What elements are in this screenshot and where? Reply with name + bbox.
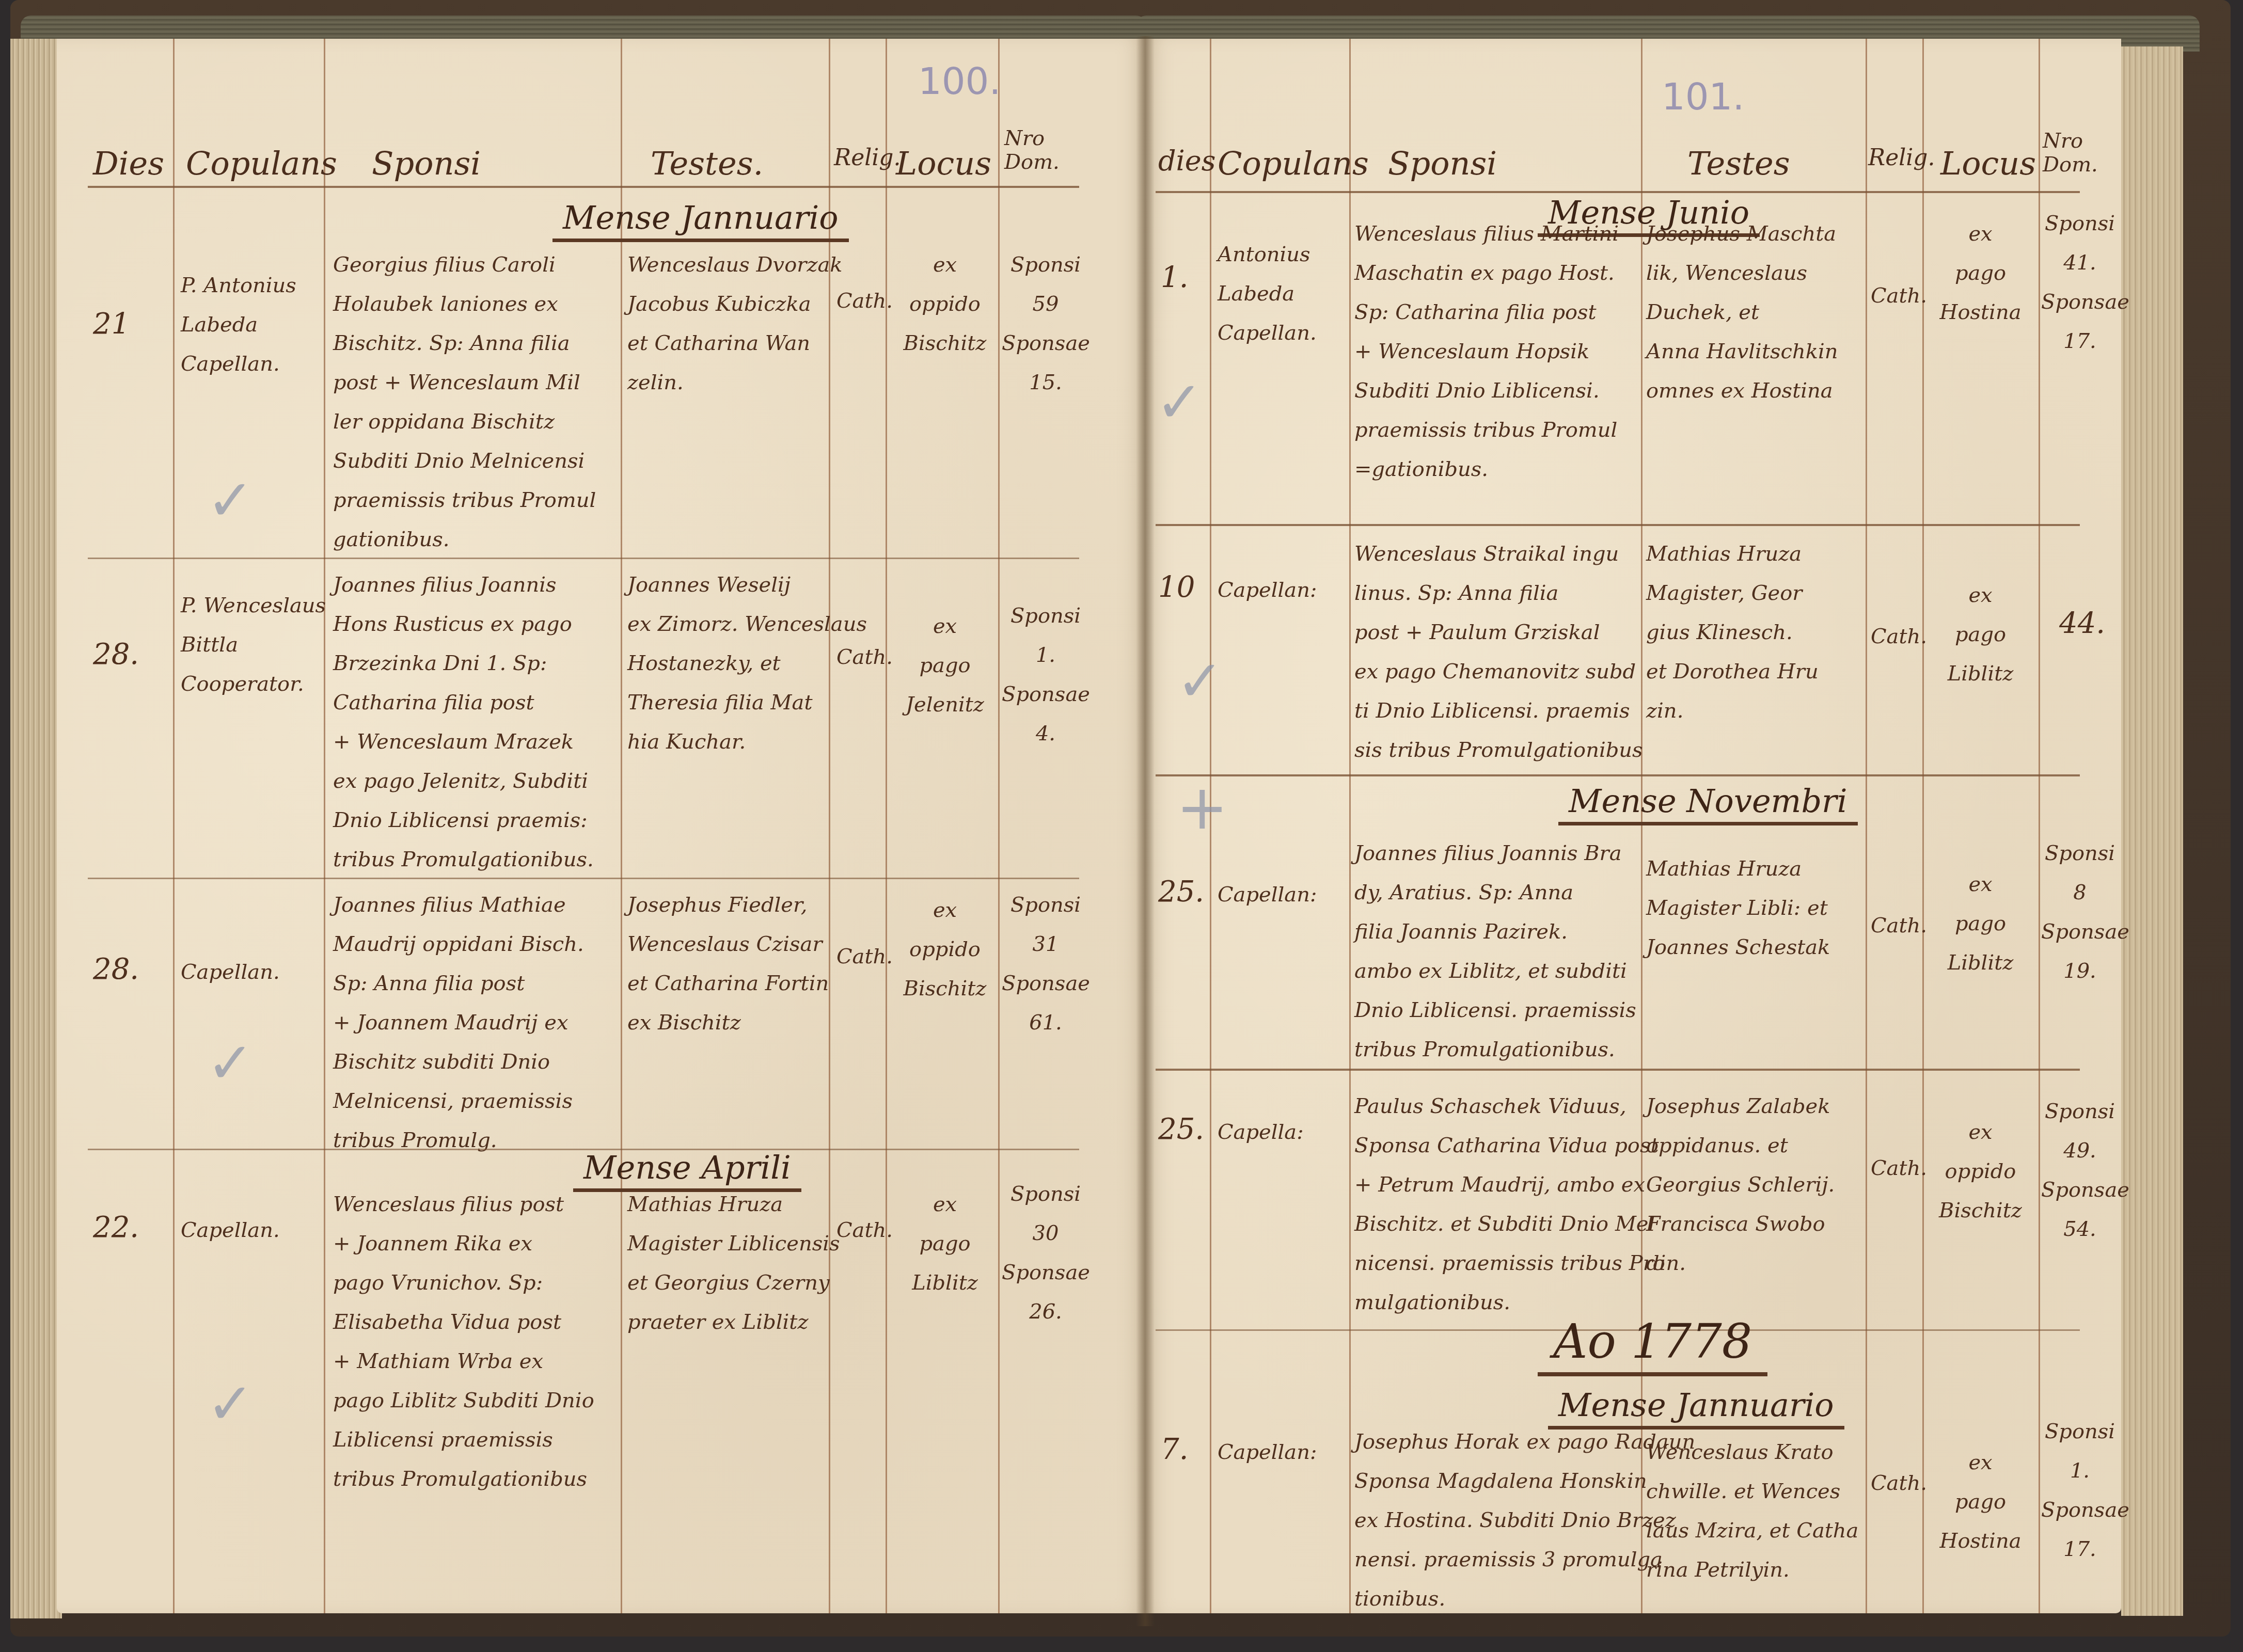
entry-divider [88,558,1079,559]
page-number: 101. [1662,75,1744,118]
column-rule [998,39,1000,1613]
entry-locus: ex pago Liblitz [896,1185,994,1302]
entry-divider [1156,774,2080,776]
entry-divider [88,878,1079,879]
pencil-check-icon: ✓ [207,1371,254,1437]
entry-testes: Josephus Zalabek oppidanus. et Georgius … [1646,1087,1835,1283]
entry-nro-dom: Sponsi 1. Sponsae 4. [1002,596,1089,753]
entry-sponsi: Georgius filius Caroli Holaubek laniones… [333,245,596,559]
entry-day: 25. [1158,875,1204,909]
entry-testes: Josephus Fiedler, Wenceslaus Czisar et C… [627,885,829,1042]
header-nro-dom: Nro Dom. [2043,129,2084,177]
column-rule [173,39,175,1613]
column-rule [1866,39,1867,1613]
entry-locus: ex pago Liblitz [1928,576,2033,693]
entry-nro-dom: Sponsi 8 Sponsae 19. [2041,834,2119,991]
pencil-check-icon: ✓ [207,1030,254,1096]
entry-copulans: Capellan: [1218,570,1317,610]
entry-locus: ex pago Hostina [1928,1443,2033,1561]
entry-day: 28. [93,952,139,986]
entry-day: 28. [93,638,139,671]
entry-sponsi: Paulus Schaschek Viduus, Sponsa Catharin… [1354,1087,1665,1322]
pencil-check-icon: ✓ [1156,369,1203,435]
entry-locus: ex pago Liblitz [1928,865,2033,982]
entry-nro-dom: 44. [2059,607,2105,640]
year-heading: Ao 1778 [1538,1314,1767,1376]
entry-nro-dom: Sponsi 1. Sponsae 17. [2041,1412,2119,1569]
entry-sponsi: Joannes filius Joannis Hons Rusticus ex … [333,565,594,879]
entry-day: 25. [1158,1113,1204,1146]
entry-testes: Wenceslaus Dvorzak Jacobus Kubiczka et C… [627,245,843,402]
entry-relig: Cath. [1871,1464,1927,1503]
pencil-check-icon: ✓ [207,467,254,533]
entry-sponsi: Joannes filius Mathiae Maudrij oppidani … [333,885,584,1160]
month-heading: Mense Jannuario [552,199,849,242]
entry-nro-dom: Sponsi 59 Sponsae 15. [1002,245,1089,402]
entry-nro-dom: Sponsi 30 Sponsae 26. [1002,1174,1089,1331]
column-rule [886,39,887,1613]
entry-nro-dom: Sponsi 41. Sponsae 17. [2041,204,2119,361]
header-sponsi: Sponsi [372,145,481,182]
entry-copulans: Capella: [1218,1113,1304,1152]
entry-locus: ex pago Hostina [1928,214,2033,332]
entry-day: 21 [93,307,130,341]
header-relig: Relig. [1868,145,1935,171]
fore-edge-left [10,39,62,1618]
entry-day: 1. [1161,261,1188,294]
entry-divider [1156,524,2080,526]
header-nro-dom: Nro Dom. [1004,126,1046,174]
entry-relig: Cath. [1871,1149,1927,1188]
entry-sponsi: Josephus Horak ex pago Radaun Sponsa Mag… [1354,1422,1695,1618]
entry-testes: Mathias Hruza Magister Libli: et Joannes… [1646,849,1830,967]
fore-edge-right [2121,46,2183,1616]
right-page: 101. dies Copulans Sponsi Testes Relig. … [1145,39,2121,1613]
entry-relig: Cath. [1871,906,1927,945]
entry-relig: Cath. [836,937,893,976]
entry-divider [1156,1069,2080,1071]
header-rule [1156,191,2080,193]
entry-copulans: Capellan: [1218,875,1317,914]
column-rule [2039,39,2040,1613]
entry-copulans: P. Wenceslaus Bittla Cooperator. [181,586,326,704]
entry-relig: Cath. [836,281,893,321]
header-testes: Testes [1687,145,1790,182]
header-sponsi: Sponsi [1388,145,1497,182]
header-locus: Locus [1940,145,2036,182]
entry-day: 10 [1158,570,1195,604]
column-rule [621,39,622,1613]
header-locus: Locus [896,145,991,182]
entry-testes: Mathias Hruza Magister, Geor gius Klines… [1646,534,1819,730]
entry-relig: Cath. [836,1211,893,1250]
entry-testes: Josephus Maschta lik, Wenceslaus Duchek,… [1646,214,1838,410]
page-number: 100. [918,59,1001,103]
entry-locus: ex oppido Bischitz [896,245,994,363]
entry-copulans: Capellan: [1218,1433,1317,1472]
header-copulans: Copulans [1218,145,1369,182]
entry-nro-dom: Sponsi 31 Sponsae 61. [1002,885,1089,1042]
entry-day: 22. [93,1211,139,1244]
header-copulans: Copulans [186,145,337,182]
header-dies: dies [1158,145,1216,177]
entry-testes: Mathias Hruza Magister Liblicensis et Ge… [627,1185,840,1342]
entry-day: 7. [1161,1433,1188,1466]
entry-copulans: Capellan. [181,1211,280,1250]
header-rule [88,186,1079,188]
entry-locus: ex pago Jelenitz [896,607,994,724]
header-dies: Dies [93,145,164,182]
entry-sponsi: Wenceslaus filius Martini Maschatin ex p… [1354,214,1619,489]
pencil-check-icon: ✓ [1176,648,1224,714]
entry-nro-dom: Sponsi 49. Sponsae 54. [2041,1092,2119,1249]
entry-relig: Cath. [836,638,893,677]
column-rule [1922,39,1924,1613]
entry-copulans: P. Antonius Labeda Capellan. [181,266,296,384]
entry-relig: Cath. [1871,276,1927,315]
entry-copulans: Capellan. [181,952,280,992]
column-rule [1641,39,1642,1613]
entry-sponsi: Wenceslaus filius post + Joannem Rika ex… [333,1185,594,1499]
entry-testes: Wenceslaus Krato chwille. et Wences laus… [1646,1433,1858,1590]
month-heading: Mense Novembri [1558,782,1858,825]
entry-relig: Cath. [1871,617,1927,656]
entry-locus: ex oppido Bischitz [1928,1113,2033,1230]
pencil-cross-icon: + [1176,772,1228,844]
entry-testes: Joannes Weselij ex Zimorz. Wenceslaus Ho… [627,565,867,761]
entry-copulans: Antonius Labeda Capellan. [1218,235,1317,353]
column-rule [324,39,325,1613]
column-rule [1349,39,1351,1613]
header-testes: Testes. [651,145,763,182]
left-page: 100. Dies Copulans Sponsi Testes. Relig.… [57,39,1145,1613]
entry-locus: ex oppido Bischitz [896,891,994,1008]
header-relig: Relig. [834,145,901,171]
entry-sponsi: Joannes filius Joannis Bra dy, Aratius. … [1354,834,1636,1069]
book-gutter [1136,36,1155,1626]
entry-sponsi: Wenceslaus Straikal ingu linus. Sp: Anna… [1354,534,1643,770]
